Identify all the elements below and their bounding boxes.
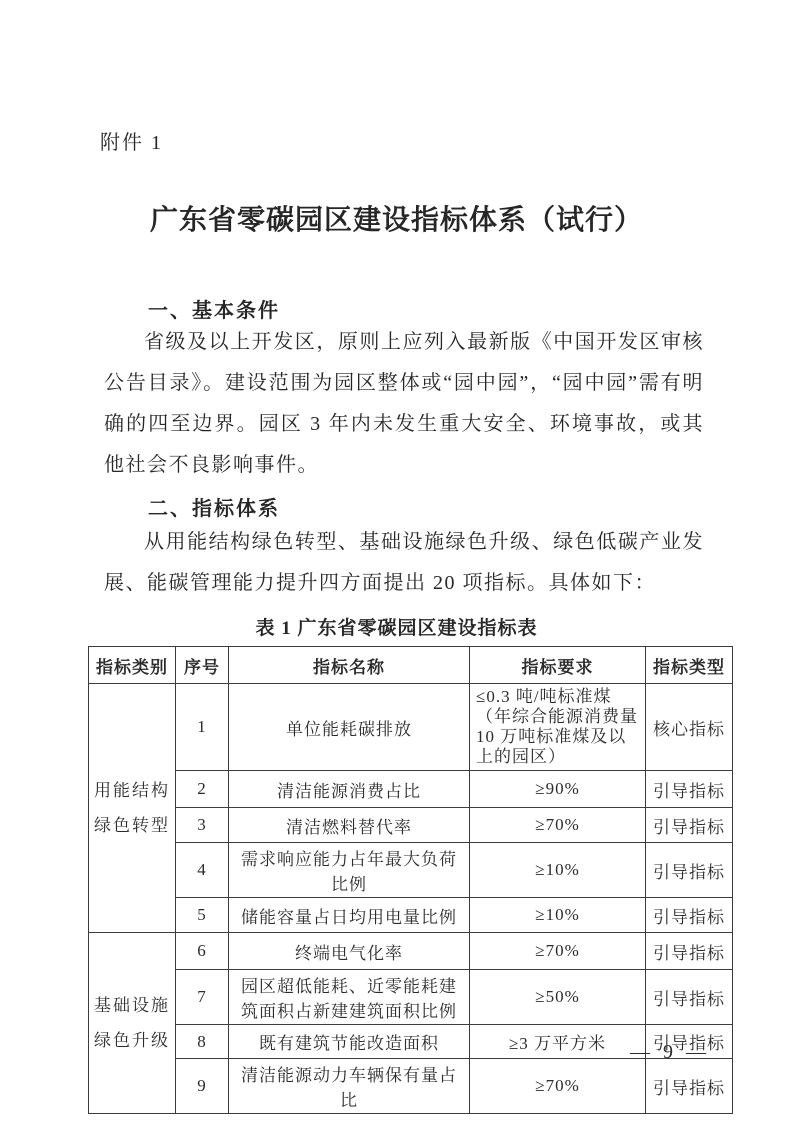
table-row: 9清洁能源动力车辆保有量占比≥70%引导指标 [89,1059,733,1114]
header-cell-requirement: 指标要求 [470,647,646,684]
header-cell-type: 指标类型 [646,647,733,684]
table-row: 3清洁燃料替代率≥70%引导指标 [89,808,733,843]
row-number-cell: 8 [176,1025,229,1059]
table-row: 5储能容量占日均用电量比例≥10%引导指标 [89,898,733,933]
table-row: 4需求响应能力占年最大负荷比例≥10%引导指标 [89,843,733,898]
table-row: 用能结构绿色转型1单位能耗碳排放≤0.3 吨/吨标准煤（年综合能源消费量 10 … [89,684,733,771]
category-cell: 基础设施绿色升级 [89,933,176,1114]
indicator-name-cell: 储能容量占日均用电量比例 [229,898,470,933]
indicator-type-cell: 引导指标 [646,898,733,933]
indicator-name-cell: 需求响应能力占年最大负荷比例 [229,843,470,898]
indicator-requirement-cell: ≥70% [470,933,646,970]
document-title: 广东省零碳园区建设指标体系（试行） [0,198,793,238]
row-number-cell: 4 [176,843,229,898]
indicator-name-cell: 清洁燃料替代率 [229,808,470,843]
indicator-requirement-cell: ≥3 万平方米 [470,1025,646,1059]
indicator-requirement-cell: ≥50% [470,970,646,1025]
table-row: 2清洁能源消费占比≥90%引导指标 [89,771,733,808]
header-cell-name: 指标名称 [229,647,470,684]
indicator-type-cell: 引导指标 [646,771,733,808]
table-row: 基础设施绿色升级6终端电气化率≥70%引导指标 [89,933,733,970]
section-heading-indicator-system: 二、指标体系 [148,492,280,521]
section-heading-basic-conditions: 一、基本条件 [148,294,280,323]
table-caption: 表 1 广东省零碳园区建设指标表 [0,613,793,640]
indicator-name-cell: 清洁能源动力车辆保有量占比 [229,1059,470,1114]
row-number-cell: 9 [176,1059,229,1114]
indicator-type-cell: 引导指标 [646,808,733,843]
indicator-type-cell: 引导指标 [646,1059,733,1114]
header-cell-category: 指标类别 [89,647,176,684]
header-row: 指标类别 序号 指标名称 指标要求 指标类型 [89,647,733,684]
indicator-requirement-cell: ≤0.3 吨/吨标准煤（年综合能源消费量 10 万吨标准煤及以上的园区） [470,684,646,771]
indicator-name-cell: 单位能耗碳排放 [229,684,470,771]
indicator-type-cell: 引导指标 [646,970,733,1025]
paragraph-basic-conditions: 省级及以上开发区，原则上应列入最新版《中国开发区审核公告目录》。建设范围为园区整… [104,322,704,486]
indicator-table-header: 指标类别 序号 指标名称 指标要求 指标类型 [89,647,733,684]
row-number-cell: 3 [176,808,229,843]
attachment-label: 附件 1 [100,126,163,155]
indicator-type-cell: 引导指标 [646,933,733,970]
page-number: — 9 — [630,1041,710,1064]
indicator-requirement-cell: ≥10% [470,898,646,933]
indicator-requirement-cell: ≥70% [470,808,646,843]
row-number-cell: 2 [176,771,229,808]
document-page: 附件 1 广东省零碳园区建设指标体系（试行） 一、基本条件 省级及以上开发区，原… [0,0,793,1122]
indicator-name-cell: 清洁能源消费占比 [229,771,470,808]
row-number-cell: 5 [176,898,229,933]
indicator-name-cell: 终端电气化率 [229,933,470,970]
indicator-type-cell: 引导指标 [646,843,733,898]
paragraph-indicator-system: 从用能结构绿色转型、基础设施绿色升级、绿色低碳产业发展、能碳管理能力提升四方面提… [104,522,704,604]
indicator-requirement-cell: ≥70% [470,1059,646,1114]
table-row: 7园区超低能耗、近零能耗建筑面积占新建建筑面积比例≥50%引导指标 [89,970,733,1025]
header-cell-number: 序号 [176,647,229,684]
indicator-name-cell: 园区超低能耗、近零能耗建筑面积占新建建筑面积比例 [229,970,470,1025]
indicator-type-cell: 核心指标 [646,684,733,771]
indicator-requirement-cell: ≥10% [470,843,646,898]
row-number-cell: 1 [176,684,229,771]
indicator-requirement-cell: ≥90% [470,771,646,808]
indicator-name-cell: 既有建筑节能改造面积 [229,1025,470,1059]
category-cell: 用能结构绿色转型 [89,684,176,933]
row-number-cell: 7 [176,970,229,1025]
row-number-cell: 6 [176,933,229,970]
